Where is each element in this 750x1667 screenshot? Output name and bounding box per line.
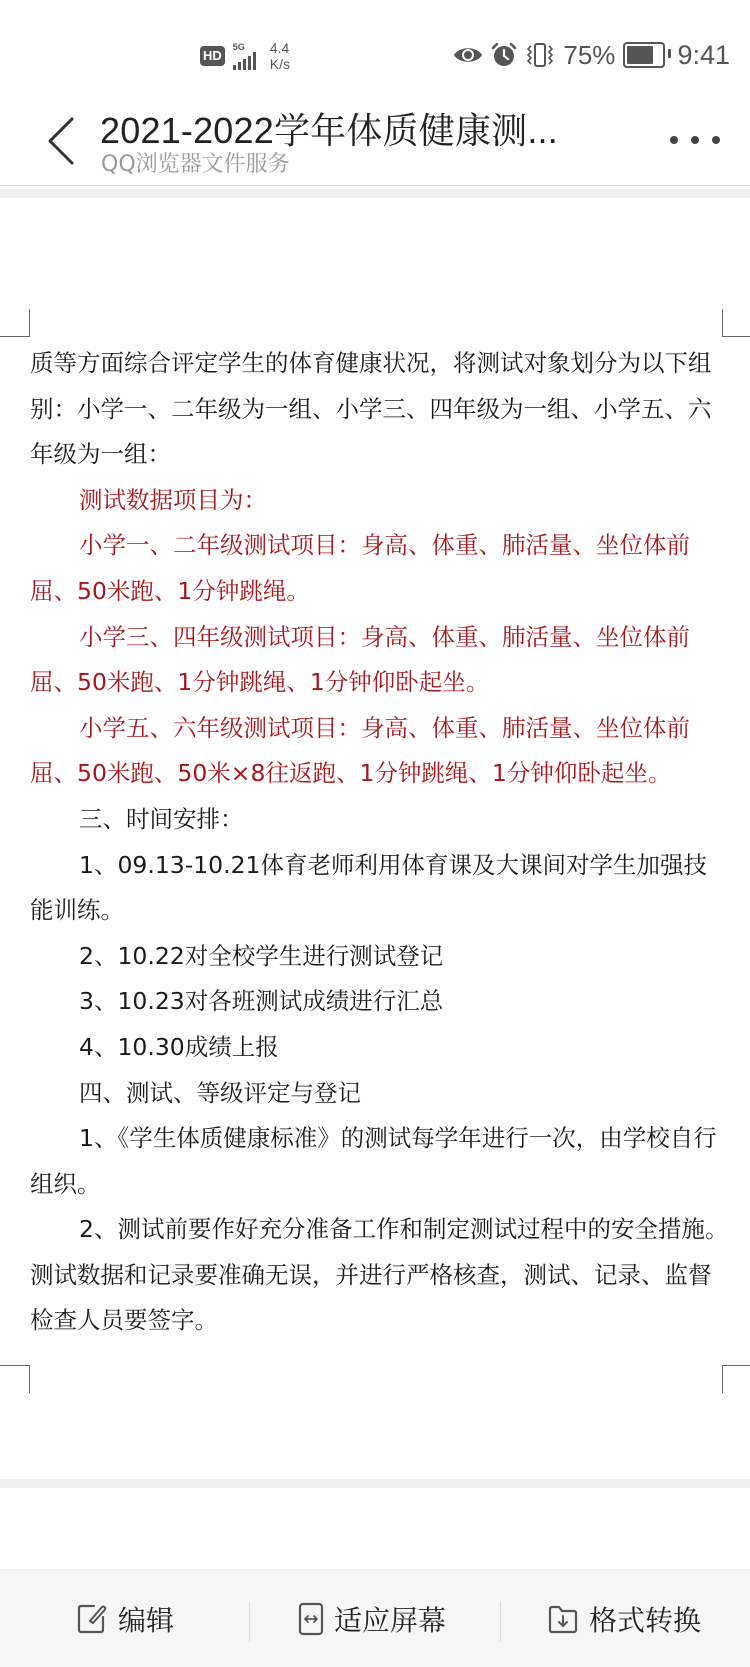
paragraph-highlight: 小学三、四年级测试项目：身高、体重、肺活量、坐位体前屈、50米跑、1分钟跳绳、1… xyxy=(30,615,730,706)
chevron-left-icon xyxy=(42,113,82,169)
paragraph: 2、10.22对全校学生进行测试登记 xyxy=(30,934,730,980)
hd-voice-icon: HD xyxy=(200,46,225,66)
clock-time: 9:41 xyxy=(677,40,730,71)
format-convert-icon xyxy=(547,1603,579,1635)
paragraph: 1、09.13-10.21体育老师利用体育课及大课间对学生加强技能训练。 xyxy=(30,843,730,934)
fit-screen-button[interactable]: 适应屏幕 xyxy=(298,1570,446,1667)
network-speed-unit: K/s xyxy=(270,56,290,72)
battery-icon xyxy=(623,42,665,68)
paragraph: 2、测试前要作好充分准备工作和制定测试过程中的安全措施。测试数据和记录要准确无误… xyxy=(30,1207,730,1344)
fit-screen-label: 适应屏幕 xyxy=(334,1599,446,1639)
battery-percent: 75% xyxy=(563,40,615,71)
network-speed: 4.4 K/s xyxy=(270,40,290,72)
page-divider-band xyxy=(0,1479,750,1488)
header-divider-band xyxy=(0,189,750,198)
paragraph: 3、10.23对各班测试成绩进行汇总 xyxy=(30,979,730,1025)
status-bar-right: 75% 9:41 xyxy=(453,36,730,74)
document-source: QQ浏览器文件服务 xyxy=(101,147,290,178)
paragraph: 质等方面综合评定学生的体育健康状况，将测试对象划分为以下组别：小学一、二年级为一… xyxy=(30,341,730,478)
paragraph-highlight: 小学一、二年级测试项目：身高、体重、肺活量、坐位体前屈、50米跑、1分钟跳绳。 xyxy=(30,523,730,614)
edit-button[interactable]: 编辑 xyxy=(76,1570,174,1667)
fit-screen-icon xyxy=(298,1602,324,1636)
section-heading: 四、测试、等级评定与登记 xyxy=(30,1071,730,1117)
toolbar-separator xyxy=(249,1602,250,1642)
section-heading: 三、时间安排： xyxy=(30,797,730,843)
page-corner-mark-bottom-left xyxy=(0,1365,30,1393)
paragraph: 1、《学生体质健康标准》的测试每学年进行一次，由学校自行组织。 xyxy=(30,1116,730,1207)
paragraph: 4、10.30成绩上报 xyxy=(30,1025,730,1071)
paragraph-highlight: 测试数据项目为： xyxy=(30,478,730,524)
signal-bars-icon xyxy=(233,52,256,70)
more-options-button[interactable] xyxy=(670,125,720,155)
back-button[interactable] xyxy=(42,113,82,169)
page-corner-mark-bottom-right xyxy=(722,1365,750,1393)
more-dots-icon xyxy=(670,136,678,144)
eye-comfort-icon xyxy=(453,44,483,66)
document-body: 质等方面综合评定学生的体育健康状况，将测试对象划分为以下组别：小学一、二年级为一… xyxy=(30,341,730,1344)
network-type-label: 5G xyxy=(233,42,245,52)
toolbar-separator xyxy=(500,1602,501,1642)
app-header: 2021-2022学年体质健康测... QQ浏览器文件服务 xyxy=(0,95,750,186)
more-dots-icon xyxy=(712,136,720,144)
bottom-toolbar: 编辑 适应屏幕 格式转换 xyxy=(0,1569,750,1667)
page-corner-mark-top-left xyxy=(0,309,30,337)
edit-icon xyxy=(76,1603,108,1635)
more-dots-icon xyxy=(691,136,699,144)
alarm-icon xyxy=(491,42,517,68)
page-corner-mark-top-right xyxy=(722,309,750,337)
edit-label: 编辑 xyxy=(118,1599,174,1639)
format-convert-label: 格式转换 xyxy=(589,1599,701,1639)
paragraph-highlight: 小学五、六年级测试项目：身高、体重、肺活量、坐位体前屈、50米跑、50米×8往返… xyxy=(30,706,730,797)
status-bar-left: HD 5G 4.4 K/s xyxy=(200,38,290,74)
status-bar: HD 5G 4.4 K/s 75% 9:41 xyxy=(0,0,750,95)
vibrate-icon xyxy=(525,42,555,68)
network-speed-value: 4.4 xyxy=(270,40,290,56)
cellular-signal-icon: 5G xyxy=(233,42,256,70)
document-page[interactable]: 质等方面综合评定学生的体育健康状况，将测试对象划分为以下组别：小学一、二年级为一… xyxy=(0,198,750,1478)
format-convert-button[interactable]: 格式转换 xyxy=(547,1570,701,1667)
